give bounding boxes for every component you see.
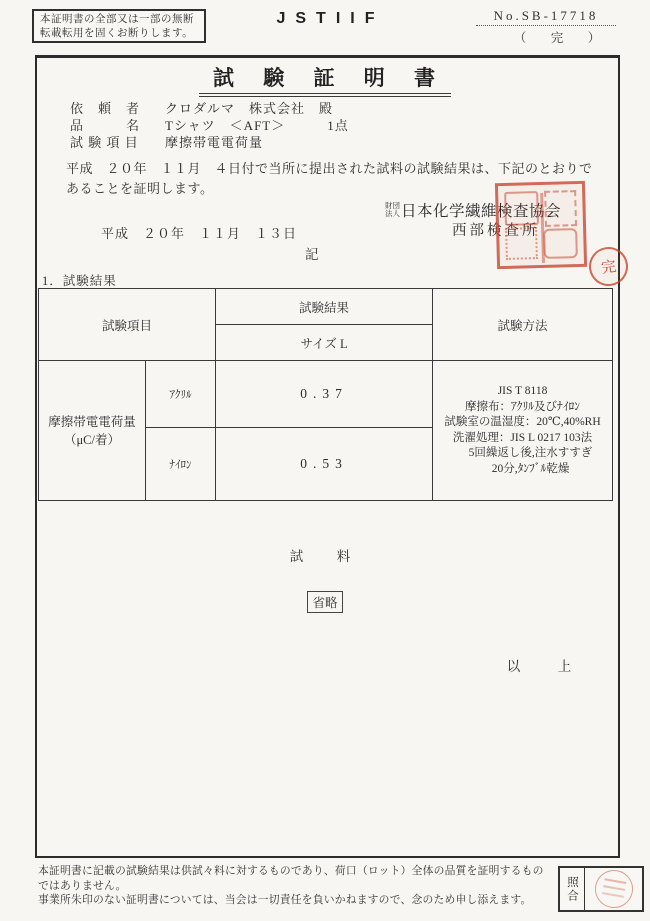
test-item-cell: 摩擦帯電電荷量 （μC/着） <box>39 361 146 501</box>
official-square-seal-icon <box>495 181 587 269</box>
notice-line-2: 転載転用を固くお断りします。 <box>40 27 198 41</box>
issue-date: 平成 ２０年 １１月 １３日 <box>101 223 297 242</box>
method-line: 洗濯処理：JIS L 0217 103法 <box>439 431 606 447</box>
omitted-stamp: 省略 <box>307 591 342 613</box>
copyright-notice-box: 本証明書の全部又は一部の無断 転載転用を固くお断りします。 <box>32 9 206 43</box>
method-line: 試験室の温湿度：20℃,40%RH <box>439 415 606 431</box>
seal-detail-icon <box>504 191 539 226</box>
col-header-test-method: 試験方法 <box>433 289 613 361</box>
result-value-acrylic: 0.37 <box>216 361 433 428</box>
document-title-text: 試 験 証 明 書 <box>199 66 451 97</box>
seal-detail-icon <box>544 190 577 227</box>
disclaimer-line-1: 本証明書に記載の試験結果は供試々料に対するものであり、荷口（ロット）全体の品質を… <box>38 863 548 893</box>
request-info: 依 頼 者 クロダルマ 株式会社 殿 品 名 Tシャツ ＜AFT＞ 1点 試 験… <box>70 100 500 151</box>
verification-box: 照合 <box>558 866 644 912</box>
test-item-label: 試 験 項 目 <box>70 134 165 151</box>
product-value: Tシャツ ＜AFT＞ 1点 <box>165 117 349 134</box>
test-item-value: 摩擦帯電電荷量 <box>165 134 263 151</box>
test-item-name: 摩擦帯電電荷量 <box>39 413 145 431</box>
certificate-page: 本証明書の全部又は一部の無断 転載転用を固くお断りします。 JSTIIF No.… <box>0 0 650 921</box>
product-label: 品 名 <box>70 117 165 134</box>
method-line: JIS T 8118 <box>439 384 606 400</box>
document-number: No.SB-17718 <box>476 8 616 26</box>
results-section-title: 1．試験結果 <box>42 271 117 289</box>
statement-line-1: 平成 ２０年 １１月 ４日付で当所に提出された試料の試験結果は、下記のとおりで <box>66 159 596 179</box>
record-mark: 記 <box>305 243 319 263</box>
info-row-test-item: 試 験 項 目 摩擦帯電電荷量 <box>70 134 500 151</box>
results-table: 試験項目 試験結果 試験方法 サイズ L 摩擦帯電電荷量 （μC/着） ｱｸﾘﾙ… <box>38 288 613 501</box>
col-header-test-result: 試験結果 <box>216 289 433 325</box>
sample-label: 試 料 <box>0 545 650 565</box>
info-row-client: 依 頼 者 クロダルマ 株式会社 殿 <box>70 100 500 117</box>
completion-mark: （ 完 ） <box>505 28 615 46</box>
verification-stamp-cell <box>585 868 642 910</box>
method-line: 摩擦布：ｱｸﾘﾙ及びﾅｲﾛﾝ <box>439 400 606 416</box>
method-line: 20分,ﾀﾝﾌﾞﾙ乾燥 <box>439 462 606 478</box>
col-header-test-item: 試験項目 <box>39 289 216 361</box>
sample-omitted-wrap: 省略 <box>0 591 650 613</box>
notice-line-1: 本証明書の全部又は一部の無断 <box>40 13 198 27</box>
verification-round-stamp-icon <box>591 867 635 911</box>
org-prefix-line2: 法人 <box>385 210 400 218</box>
completion-stamp-char: 完 <box>600 255 618 278</box>
verification-label: 照合 <box>560 868 585 910</box>
sub-item-acrylic: ｱｸﾘﾙ <box>146 361 216 428</box>
end-mark: 以 上 <box>500 655 590 675</box>
disclaimer-line-2: 事業所朱印のない証明書については、当会は一切責任を負いかねますので、念のため申し… <box>38 892 548 907</box>
sub-item-nylon: ﾅｲﾛﾝ <box>146 428 216 501</box>
info-row-product: 品 名 Tシャツ ＜AFT＞ 1点 <box>70 117 500 134</box>
organization-prefix: 財団 法人 <box>385 202 400 218</box>
test-item-unit: （μC/着） <box>39 431 145 449</box>
col-header-size: サイズ L <box>216 325 433 361</box>
jstiif-logo: JSTIIF <box>228 10 433 28</box>
method-line: 5回繰返し後,注水すすぎ <box>439 446 606 462</box>
test-method-cell: JIS T 8118 摩擦布：ｱｸﾘﾙ及びﾅｲﾛﾝ 試験室の温湿度：20℃,40… <box>433 361 613 501</box>
client-value: クロダルマ 株式会社 殿 <box>165 100 333 117</box>
seal-detail-icon <box>505 227 538 260</box>
document-title: 試 験 証 明 書 <box>0 62 650 92</box>
client-label: 依 頼 者 <box>70 100 165 117</box>
result-value-nylon: 0.53 <box>216 428 433 501</box>
seal-detail-icon <box>543 228 578 259</box>
